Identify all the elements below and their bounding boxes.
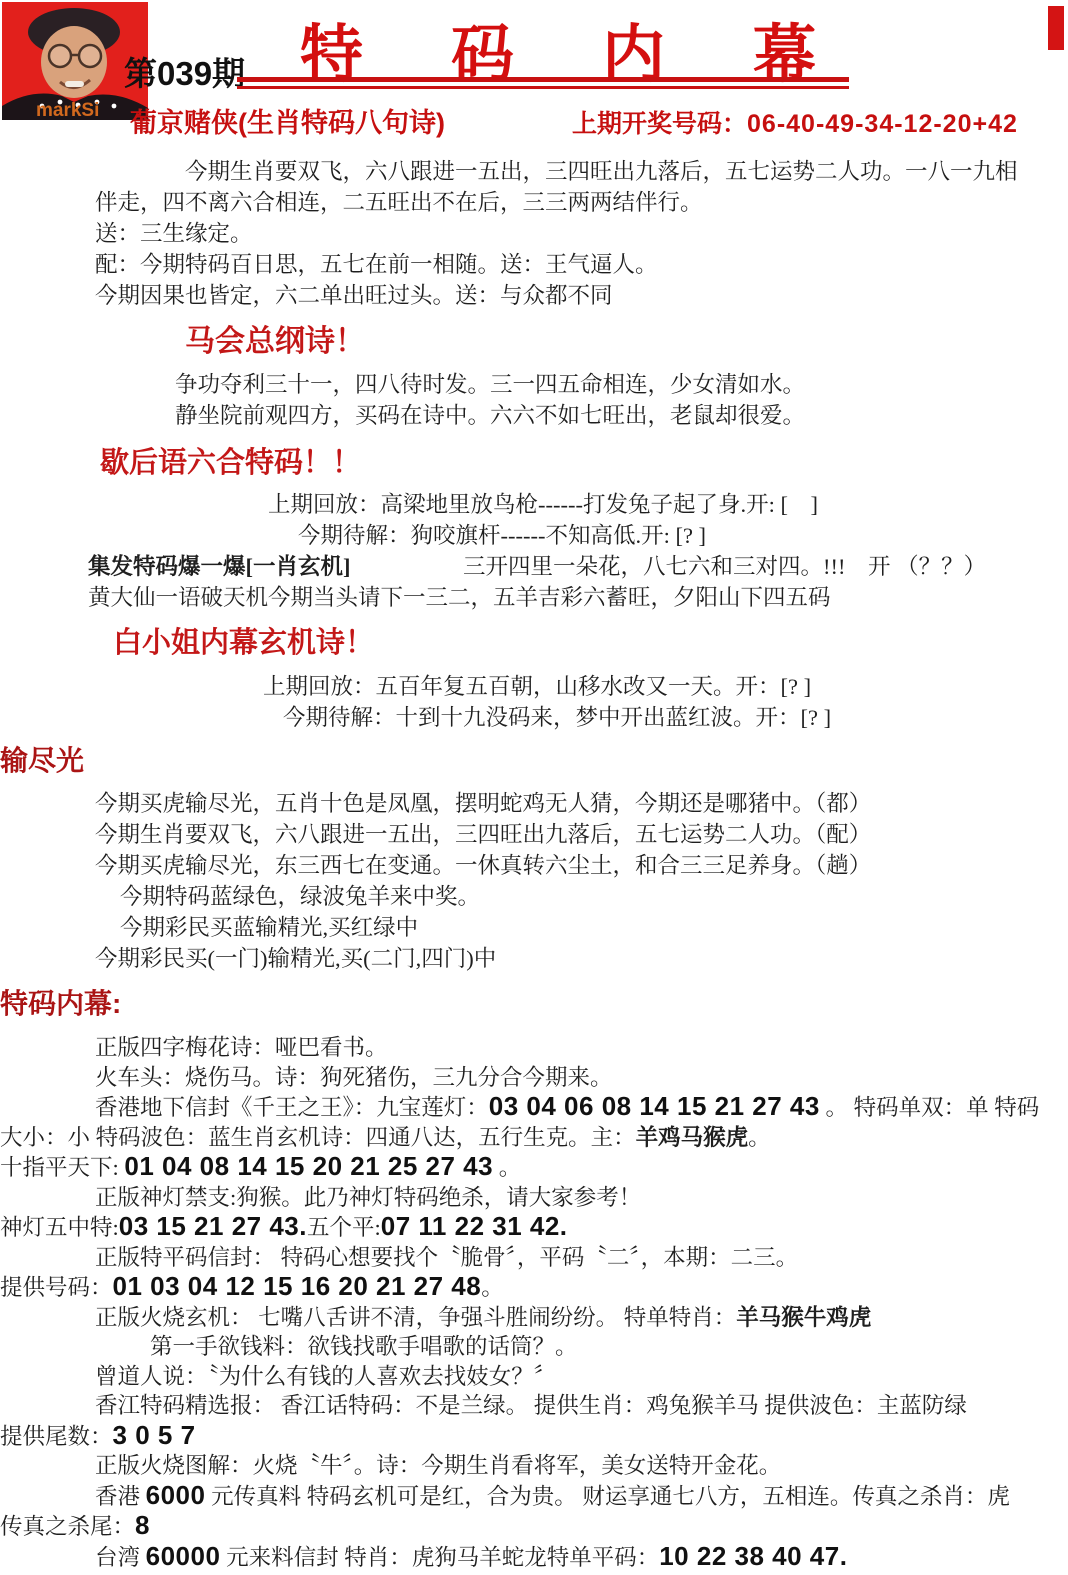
text-line: 台湾 60000 元来料信封 特肖：虎狗马羊蛇龙特单平码：10 22 38 40… — [0, 1542, 1068, 1573]
photo-glasses-right — [79, 45, 101, 67]
text-segment: 元来料信封 特肖：虎狗马羊蛇龙特单平码： — [220, 1545, 659, 1570]
text-segment: 静坐院前观四方，买码在诗中。六六不如七旺出，老鼠却很爱。 — [175, 403, 805, 428]
text-line: 集发特码爆一爆[一肖玄机] 三开四里一朵花，八七六和三对四。!!! 开 （？？） — [0, 551, 1068, 582]
text-segment: 第一手欲钱料：欲钱找歌手唱歌的话筒？。 — [150, 1334, 578, 1359]
text-segment: 今期生肖要双飞，六八跟进一五出，三四旺出九落后，五七运势二人功。（配） — [95, 822, 871, 847]
photo-glasses-left — [49, 45, 71, 67]
text-segment: 集发特码爆一爆[一肖玄机] — [88, 554, 351, 579]
text-segment: 01 04 08 14 15 20 21 25 27 43 — [124, 1151, 493, 1181]
text-segment: 传真之杀尾： — [0, 1514, 135, 1539]
text-segment: 争功夺利三十一，四八待时发。三一四五命相连，少女清如水。 — [175, 372, 805, 397]
text-line: 曾道人说：〝为什么有钱的人喜欢去找妓女？〞 — [0, 1362, 1068, 1392]
text-segment: 伴走，四不离六合相连，二五旺出不在后，三三两两结伴行。 — [95, 190, 703, 215]
text-segment: 今期生肖要双飞，六八跟进一五出，三四旺出九落后，五七运势二人功。一八一九相 — [185, 159, 1018, 184]
text-segment: 正版四字梅花诗：哑巴看书。 — [95, 1035, 388, 1060]
last-draw-label: 上期开奖号码： — [572, 110, 747, 138]
section-heading: 输尽光 — [0, 743, 1068, 778]
last-draw-result: 上期开奖号码：06-40-49-34-12-20+42 — [572, 104, 1018, 140]
text-line: 火车头：烧伤马。诗：狗死猪伤，三九分合今期来。 — [0, 1063, 1068, 1093]
text-segment: 。 — [493, 1155, 521, 1180]
text-line: 正版火烧图解：火烧〝牛〞。诗：今期生肖看将军，美女送特开金花。 — [0, 1451, 1068, 1481]
photo-watermark: markSi — [36, 100, 99, 120]
text-segment: 提供尾数： — [0, 1424, 113, 1449]
text-segment: 大小：小 特码波色：蓝生肖玄机诗：四通八达，五行生克。主： — [0, 1125, 636, 1150]
text-line: 正版火烧玄机： 七嘴八舌讲不清，争强斗胜闹纷纷。 特单特肖：羊马猴牛鸡虎 — [0, 1303, 1068, 1333]
text-segment: 今期买虎输尽光，五肖十色是凤凰，摆明蛇鸡无人猜，今期还是哪猪中。（都） — [95, 791, 871, 816]
text-line: 上期回放：高梁地里放鸟枪------打发兔子起了身.开: [ ] — [0, 489, 1068, 520]
text-segment: 羊鸡马猴虎 — [636, 1125, 749, 1150]
section-heading: 特码内幕: — [0, 986, 1068, 1021]
text-line: 提供号码：01 03 04 12 15 16 20 21 27 48。 — [0, 1272, 1068, 1303]
text-line: 静坐院前观四方，买码在诗中。六六不如七旺出，老鼠却很爱。 — [0, 400, 1068, 431]
text-line: 今期因果也皆定，六二单出旺过头。送：与众都不同 — [0, 280, 1068, 311]
text-line: 今期买虎输尽光，五肖十色是凤凰，摆明蛇鸡无人猜，今期还是哪猪中。（都） — [0, 788, 1068, 819]
text-line: 今期待解：狗咬旗杆------不知高低.开: [? ] — [0, 520, 1068, 551]
text-line: 十指平天下: 01 04 08 14 15 20 21 25 27 43 。 — [0, 1152, 1068, 1183]
text-segment: 香港地下信封《千王之王》：九宝莲灯： — [95, 1095, 489, 1120]
text-line: 今期待解：十到十九没码来，梦中开出蓝红波。开：[? ] — [0, 702, 1068, 733]
text-line: 香港 6000 元传真料 特码玄机可是红，合为贵。 财运享通七八方，五相连。传真… — [0, 1481, 1068, 1512]
text-segment: 07 11 22 31 42. — [381, 1211, 568, 1241]
text-segment: 香江特码精选报： 香江话特码：不是兰绿。 提供生肖：鸡兔猴羊马 提供波色：主蓝防… — [95, 1393, 967, 1418]
photo-teeth — [65, 81, 84, 87]
text-line: 今期彩民买蓝输精光,买红绿中 — [0, 912, 1068, 943]
section-heading: 歇后语六合特码！！ — [0, 445, 1068, 481]
text-line: 配：今期特码百日思，五七在前一相随。送：王气逼人。 — [0, 249, 1068, 280]
text-segment: 今期买虎输尽光，东三西七在变通。一休真转六尘土，和合三三足养身。（趟） — [95, 853, 871, 878]
text-segment: 今期因果也皆定，六二单出旺过头。送：与众都不同 — [95, 283, 613, 308]
text-segment: 正版火烧图解：火烧〝牛〞。诗：今期生肖看将军，美女送特开金花。 — [95, 1453, 781, 1478]
text-segment: 60000 — [146, 1541, 221, 1571]
title-underline-thin — [237, 86, 849, 89]
text-line: 今期特码蓝绿色，绿波兔羊来中奖。 — [0, 881, 1068, 912]
text-segment: 。 — [748, 1125, 771, 1150]
text-segment: 曾道人说：〝为什么有钱的人喜欢去找妓女？〞 — [95, 1364, 556, 1389]
corner-mark — [1048, 6, 1064, 50]
tip-sheet-page: markSi 第039期 特码内幕 葡京赌侠(生肖特码八句诗) 上期开奖号码：0… — [0, 0, 1068, 1575]
issue-number: 第039期 — [124, 48, 245, 95]
text-segment: 配：今期特码百日思，五七在前一相随。送：王气逼人。 — [95, 252, 658, 277]
text-segment: 。 特码单双：单 特码 — [820, 1095, 1039, 1120]
text-line: 大小：小 特码波色：蓝生肖玄机诗：四通八达，五行生克。主：羊鸡马猴虎。 — [0, 1123, 1068, 1153]
text-line: 正版特平码信封： 特码心想要找个〝脆骨〞，平码〝二〞，本期：二三。 — [0, 1243, 1068, 1273]
text-line: 送：三生缘定。 — [0, 218, 1068, 249]
text-segment: 今期待解：狗咬旗杆------不知高低.开: [? ] — [298, 523, 706, 548]
text-segment: 6000 — [146, 1480, 206, 1510]
title-underline-thick — [237, 77, 849, 82]
text-segment: 正版火烧玄机： 七嘴八舌讲不清，争强斗胜闹纷纷。 特单特肖： — [95, 1305, 736, 1330]
text-line: 传真之杀尾：8 — [0, 1511, 1068, 1542]
text-line: 黄大仙一语破天机今期当头请下一三二，五羊吉彩六蓄旺，夕阳山下四五码 — [0, 582, 1068, 613]
text-segment: 十指平天下: — [0, 1155, 124, 1180]
text-line: 正版神灯禁支:狗猴。此乃神灯特码绝杀，请大家参考！ — [0, 1183, 1068, 1213]
text-segment: 送：三生缘定。 — [95, 221, 253, 246]
text-line: 第一手欲钱料：欲钱找歌手唱歌的话筒？。 — [0, 1332, 1068, 1362]
text-segment: 正版神灯禁支:狗猴。此乃神灯特码绝杀，请大家参考！ — [95, 1185, 641, 1210]
text-line: 提供尾数：3 0 5 7 — [0, 1421, 1068, 1452]
text-segment: 03 04 06 08 14 15 21 27 43 — [489, 1091, 820, 1121]
section-heading: 马会总纲诗！ — [0, 323, 1068, 361]
text-segment: 羊马猴牛鸡虎 — [736, 1305, 871, 1330]
text-segment: 。 — [481, 1275, 504, 1300]
text-segment: 提供号码： — [0, 1275, 113, 1300]
text-segment: 8 — [135, 1510, 150, 1540]
text-line: 上期回放：五百年复五百朝，山移水改又一天。开：[? ] — [0, 671, 1068, 702]
text-segment: 01 03 04 12 15 16 20 21 27 48 — [113, 1271, 482, 1301]
text-segment: 03 15 21 27 43. — [119, 1211, 307, 1241]
text-line: 今期生肖要双飞，六八跟进一五出，三四旺出九落后，五七运势二人功。一八一九相 — [0, 156, 1068, 187]
text-segment: 神灯五中特: — [0, 1215, 119, 1240]
text-line: 今期生肖要双飞，六八跟进一五出，三四旺出九落后，五七运势二人功。（配） — [0, 819, 1068, 850]
text-line: 香江特码精选报： 香江话特码：不是兰绿。 提供生肖：鸡兔猴羊马 提供波色：主蓝防… — [0, 1391, 1068, 1421]
text-line: 香港地下信封《千王之王》：九宝莲灯：03 04 06 08 14 15 21 2… — [0, 1092, 1068, 1123]
text-segment: 正版特平码信封： 特码心想要找个〝脆骨〞，平码〝二〞，本期：二三。 — [95, 1245, 798, 1270]
text-line: 伴走，四不离六合相连，二五旺出不在后，三三两两结伴行。 — [0, 187, 1068, 218]
text-segment: 元传真料 特码玄机可是红，合为贵。 财运享通七八方，五相连。传真之杀肖：虎 — [205, 1484, 1009, 1509]
text-segment: 今期彩民买蓝输精光,买红绿中 — [120, 915, 418, 940]
text-line: 争功夺利三十一，四八待时发。三一四五命相连，少女清如水。 — [0, 369, 1068, 400]
text-segment: 10 22 38 40 47. — [659, 1541, 847, 1571]
text-segment: 上期回放：高梁地里放鸟枪------打发兔子起了身.开: [ ] — [268, 492, 818, 517]
text-line: 今期彩民买(一门)输精光,买(二门,四门)中 — [0, 943, 1068, 974]
text-segment: 五个平: — [307, 1215, 381, 1240]
text-segment: 今期特码蓝绿色，绿波兔羊来中奖。 — [120, 884, 480, 909]
text-line: 今期买虎输尽光，东三西七在变通。一休真转六尘土，和合三三足养身。（趟） — [0, 850, 1068, 881]
text-segment: 三开四里一朵花，八七六和三对四。!!! 开 （？？） — [351, 554, 987, 579]
text-segment: 香港 — [95, 1484, 146, 1509]
content: 今期生肖要双飞，六八跟进一五出，三四旺出九落后，五七运势二人功。一八一九相伴走，… — [0, 150, 1068, 1572]
column-title: 葡京赌侠(生肖特码八句诗) — [130, 101, 445, 140]
text-segment: 3 0 5 7 — [113, 1420, 196, 1450]
text-segment: 台湾 — [95, 1545, 146, 1570]
text-segment: 上期回放：五百年复五百朝，山移水改又一天。开：[? ] — [263, 674, 811, 699]
photo-dot — [112, 104, 117, 109]
text-segment: 火车头：烧伤马。诗：狗死猪伤，三九分合今期来。 — [95, 1065, 613, 1090]
section-heading: 白小姐内幕玄机诗！ — [0, 625, 1068, 661]
text-segment: 今期彩民买(一门)输精光,买(二门,四门)中 — [95, 946, 496, 971]
text-line: 正版四字梅花诗：哑巴看书。 — [0, 1033, 1068, 1063]
last-draw-numbers: 06-40-49-34-12-20+42 — [747, 110, 1018, 138]
text-segment: 黄大仙一语破天机今期当头请下一三二，五羊吉彩六蓄旺，夕阳山下四五码 — [88, 585, 831, 610]
text-line: 神灯五中特:03 15 21 27 43.五个平:07 11 22 31 42. — [0, 1212, 1068, 1243]
text-segment: 今期待解：十到十九没码来，梦中开出蓝红波。开：[? ] — [283, 705, 831, 730]
